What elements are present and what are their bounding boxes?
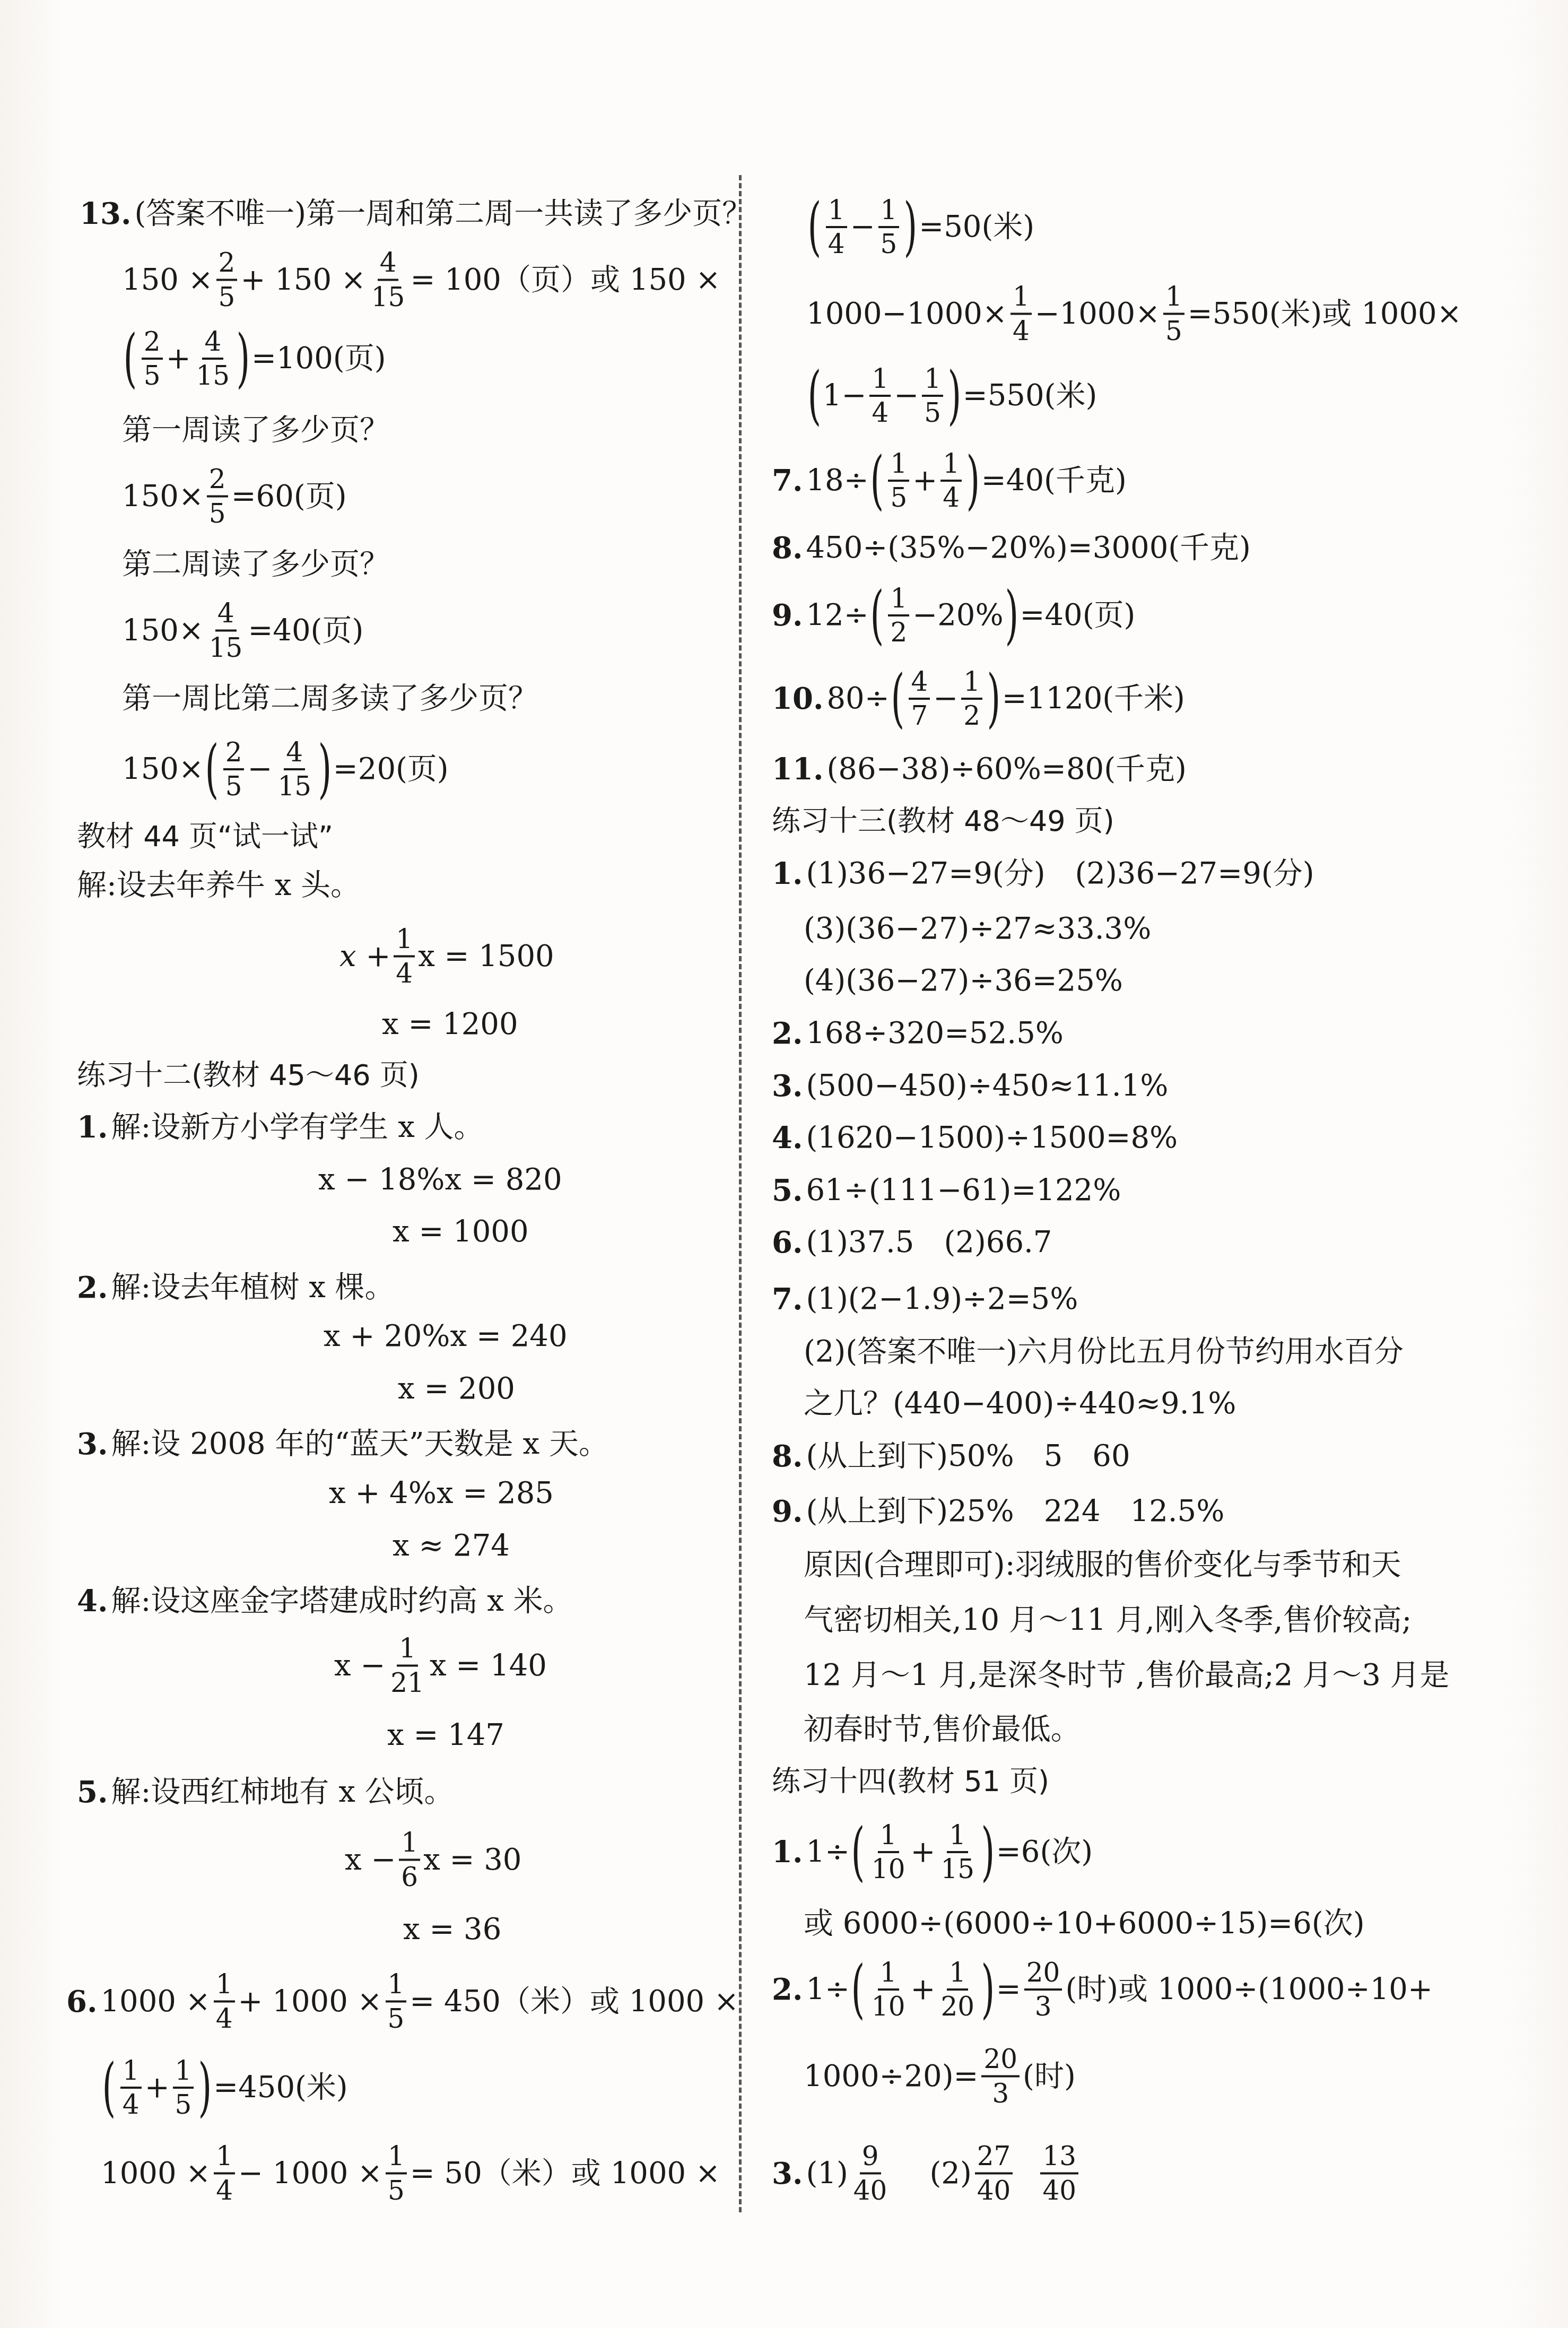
fraction: 415 — [207, 600, 245, 662]
right-paren: ) — [987, 667, 1001, 731]
try-it-setup: 解:设去年养牛 x 头。 — [77, 871, 360, 900]
expr-text: = 100（页）或 150 × — [410, 265, 720, 294]
result-text: x = 147 — [387, 1721, 504, 1750]
expr-text: 80÷ — [826, 684, 889, 714]
ex12-q2-equation: x + 20%x = 240 — [324, 1322, 568, 1351]
expr-text: =40(页) — [248, 615, 363, 645]
ex13-q1-line3: (4)(36−27)÷36=25% — [804, 966, 1123, 996]
operator: − — [894, 381, 919, 411]
equation-text: x + 4%x = 285 — [329, 1479, 554, 1508]
fraction: 12 — [888, 585, 909, 647]
left-paren: ( — [808, 364, 822, 428]
expr-text: 或 6000÷(6000÷10+6000÷15)=6(次) — [804, 1909, 1365, 1939]
expr-text: 1000 × — [101, 2158, 211, 2188]
section-title: 教材 44 页“试一试” — [77, 822, 333, 851]
answer-text: 168÷320=52.5% — [806, 1019, 1064, 1048]
ex14-q2-line1: 2. 1÷ ( 110 + 120 ) = 203 (时)或 1000÷(100… — [772, 1958, 1433, 2021]
answer-text: (500−450)÷450≈11.1% — [806, 1071, 1168, 1101]
ex12-q3-result: x ≈ 274 — [393, 1531, 510, 1561]
fraction: 203 — [981, 2045, 1020, 2107]
ex12-q4-result: x = 147 — [387, 1721, 504, 1750]
expr-text: x − — [334, 1651, 385, 1680]
question-number: 7. — [772, 466, 803, 496]
result-text: x ≈ 274 — [393, 1531, 510, 1561]
ex13-q1-line2: (3)(36−27)÷27≈33.3% — [804, 914, 1151, 944]
right-paren: ) — [947, 364, 961, 428]
question-number: 3. — [772, 1071, 803, 1101]
question-number: 1. — [77, 1113, 108, 1142]
operator: = — [996, 1975, 1021, 2004]
question-number: 2. — [772, 1019, 803, 1048]
question-number: 4. — [77, 1586, 108, 1616]
question-number: 4. — [772, 1123, 803, 1153]
expr-text: 1000÷20)= — [804, 2061, 978, 2091]
ex13-q5: 5.61÷(111−61)=122% — [772, 1176, 1121, 1205]
question-number: 6. — [772, 1228, 803, 1257]
q13-eq3: 150× 25 =60(页) — [122, 465, 347, 527]
ex12-q4-setup: 4. 解:设这座金字塔建成时约高 x 米。 — [77, 1586, 573, 1616]
expr-text: −1000× — [1035, 299, 1160, 328]
fraction: 25 — [223, 739, 245, 801]
expr-text: =550(米)或 1000× — [1188, 299, 1462, 328]
fraction: 415 — [194, 328, 232, 390]
left-paren: ( — [808, 195, 822, 259]
fraction: 15 — [888, 450, 909, 512]
setup-text: 解:设这座金字塔建成时约高 x 米。 — [111, 1586, 572, 1616]
answer-text: (从上到下)50% 5 60 — [806, 1441, 1130, 1471]
expr-text: 450÷(35%−20%)=3000(千克) — [806, 533, 1251, 563]
expr-text: x − — [345, 1845, 396, 1874]
ex13-q9-reason-3: 12 月～1 月,是深冬时节 ,售价最高;2 月～3 月是 — [804, 1661, 1450, 1690]
right-paren: ) — [981, 1958, 995, 2021]
q13-eq5: 150× ( 25 − 415 ) =20(页) — [122, 737, 449, 801]
right-paren: ) — [237, 327, 250, 390]
right-paren: ) — [318, 737, 332, 801]
answer-text: (2)(答案不唯一)六月份比五月份节约用水百分 — [804, 1337, 1404, 1367]
left-paren: ( — [891, 667, 904, 731]
fraction: 940 — [851, 2142, 890, 2204]
result-text: x = 200 — [398, 1374, 515, 1404]
fraction: 14 — [394, 925, 415, 987]
question-number: 7. — [772, 1284, 803, 1314]
expr-text: 1÷ — [806, 1837, 850, 1867]
operator: + — [166, 344, 191, 373]
fraction: 12 — [961, 668, 982, 730]
answer-text: (1)36−27=9(分) (2)36−27=9(分) — [806, 859, 1314, 889]
left-paren: ( — [205, 737, 219, 801]
section-title: 练习十三(教材 48～49 页) — [772, 807, 1114, 836]
expr-text: = 50（米）或 1000 × — [410, 2158, 720, 2188]
fraction: 25 — [207, 465, 228, 527]
q13-eq2: ( 25 + 415 ) =100(页) — [122, 327, 386, 390]
q6-cont-line5: 1000−1000× 14 −1000× 15 =550(米)或 1000× — [806, 283, 1462, 345]
question-number: 9. — [772, 601, 803, 630]
expr-text: + 150 × — [240, 265, 365, 294]
expr-text: =450(米) — [213, 2073, 348, 2103]
question-number: 9. — [772, 1497, 803, 1526]
question-number: 8. — [772, 533, 803, 563]
q13-question: 13. (答案不唯一)第一周和第二周一共读了多少页？ — [80, 199, 752, 229]
q11: 11. (86−38)÷60%=80(千克) — [772, 754, 1187, 784]
answer-text: (1)(2−1.9)÷2=5% — [806, 1284, 1078, 1314]
expr-text: 150× — [122, 615, 204, 645]
question-text: (答案不唯一)第一周和第二周一共读了多少页？ — [134, 199, 752, 229]
fraction: 25 — [216, 249, 238, 311]
q13-eq1: 150 × 25 + 150 × 415 = 100（页）或 150 × — [122, 249, 720, 311]
expr-text: 150 × — [122, 265, 213, 294]
fraction: 14 — [1011, 283, 1032, 345]
ex14-q1: 1. 1÷ ( 110 + 115 ) =6(次) — [772, 1820, 1093, 1884]
ex14-q1-alt: 或 6000÷(6000÷10+6000÷15)=6(次) — [804, 1909, 1365, 1939]
fraction: 115 — [938, 1821, 977, 1883]
expr-text: (时) — [1023, 2061, 1076, 2091]
question-number: 11. — [772, 754, 823, 784]
answer-text: (4)(36−27)÷36=25% — [804, 966, 1123, 996]
q10: 10. 80÷ ( 47 − 12 ) =1120(千米) — [772, 667, 1185, 731]
expr-text: 1÷ — [806, 1975, 850, 2004]
expr-text: =6(次) — [996, 1837, 1093, 1867]
section-header-ex13: 练习十三(教材 48～49 页) — [772, 807, 1114, 836]
column-divider — [739, 175, 742, 2212]
part-label: (1) — [806, 2158, 848, 2188]
q8: 8. 450÷(35%−20%)=3000(千克) — [772, 533, 1251, 563]
ex13-q7-line2: (2)(答案不唯一)六月份比五月份节约用水百分 — [804, 1337, 1404, 1367]
reason-text: 初春时节,售价最低。 — [804, 1715, 1081, 1744]
right-paren: ) — [966, 449, 980, 512]
left-paren: ( — [124, 327, 137, 390]
equation-text: x − 18%x = 820 — [318, 1165, 562, 1195]
left-paren: ( — [870, 449, 884, 512]
right-paren: ) — [198, 2056, 212, 2119]
fraction: 203 — [1024, 1959, 1062, 2021]
operator: + — [910, 1975, 935, 2004]
setup-text: 解:设去年植树 x 棵。 — [111, 1273, 394, 1302]
expr-text: 150× — [122, 754, 204, 784]
ex13-q3: 3.(500−450)÷450≈11.1% — [772, 1071, 1169, 1101]
expr-text: x = 140 — [430, 1651, 547, 1680]
ex12-q3-equation: x + 4%x = 285 — [329, 1479, 554, 1508]
left-paren: ( — [870, 584, 884, 647]
fraction: 2740 — [975, 2142, 1013, 2204]
expr-text: 18÷ — [806, 466, 868, 496]
ex12-q3-setup: 3. 解:设 2008 年的“蓝天”天数是 x 天。 — [77, 1429, 608, 1459]
q13-sub-question-2: 第二周读了多少页？ — [122, 550, 389, 579]
ex13-q6: 6.(1)37.5 (2)66.7 — [772, 1228, 1052, 1257]
question-number: 10. — [772, 684, 823, 714]
expr-text: −20% — [912, 601, 1003, 630]
reason-text: 原因(合理即可):羽绒服的售价变化与季节和天 — [804, 1550, 1401, 1580]
fraction: 15 — [1163, 283, 1184, 345]
expr-text: 1− — [823, 381, 867, 411]
result-text: x = 1000 — [393, 1217, 529, 1247]
left-paren: ( — [102, 2056, 116, 2119]
expr-text: x + — [339, 941, 390, 971]
q13-sub-question-1: 第一周读了多少页？ — [122, 415, 389, 445]
ex12-q2-setup: 2. 解:设去年植树 x 棵。 — [77, 1273, 395, 1302]
section-header-try-it: 教材 44 页“试一试” — [77, 822, 333, 851]
question-number: 13. — [80, 199, 131, 229]
expr-text: + 1000 × — [238, 1986, 382, 2016]
expr-text: − 1000 × — [238, 2158, 382, 2188]
section-title: 练习十四(教材 51 页) — [772, 1767, 1049, 1796]
fraction: 47 — [909, 668, 930, 730]
fraction: 25 — [142, 328, 163, 390]
expr-text: =60(页) — [231, 481, 347, 511]
question-number: 5. — [772, 1176, 803, 1205]
answer-text: (1620−1500)÷1500=8% — [806, 1123, 1178, 1153]
fraction: 121 — [388, 1635, 426, 1697]
question-number: 2. — [77, 1273, 108, 1302]
ex12-q6-line2: ( 14 + 15 ) =450(米) — [101, 2056, 348, 2119]
result-text: x = 36 — [403, 1915, 501, 1944]
expr-text: 12÷ — [806, 601, 868, 630]
fraction: 14 — [214, 1970, 235, 2032]
section-header-ex12: 练习十二(教材 45～46 页) — [77, 1061, 420, 1090]
ex13-q2: 2.168÷320=52.5% — [772, 1019, 1064, 1048]
fraction: 14 — [869, 365, 891, 427]
operator: − — [850, 212, 875, 242]
ex13-q9-reason-1: 原因(合理即可):羽绒服的售价变化与季节和天 — [804, 1550, 1401, 1580]
section-title: 练习十二(教材 45～46 页) — [77, 1061, 420, 1090]
expr-text: =100(页) — [251, 344, 386, 373]
expr-text: =40(千克) — [981, 466, 1127, 496]
ex14-q2-line2: 1000÷20)= 203 (时) — [804, 2045, 1076, 2107]
ex13-q8: 8.(从上到下)50% 5 60 — [772, 1441, 1130, 1471]
fraction: 15 — [173, 2057, 194, 2119]
question-text: 第一周比第二周多读了多少页？ — [122, 684, 538, 714]
fraction: 110 — [869, 1959, 908, 2021]
question-number: 3. — [772, 2158, 803, 2188]
q7: 7. 18÷ ( 15 + 14 ) =40(千克) — [772, 449, 1127, 512]
expr-text: 1000−1000× — [806, 299, 1007, 328]
ex12-q1-equation: x − 18%x = 820 — [318, 1165, 562, 1195]
question-number: 3. — [77, 1429, 108, 1459]
ex12-q6-line3: 1000 × 14 − 1000 × 15 = 50（米）或 1000 × — [101, 2142, 720, 2204]
fraction: 15 — [878, 196, 900, 258]
fraction: 15 — [386, 1970, 407, 2032]
question-number: 5. — [77, 1777, 108, 1807]
expr-text: =1120(千米) — [1002, 684, 1185, 714]
setup-text: 解:设西红柿地有 x 公顷。 — [111, 1777, 454, 1807]
setup-text: 解:设 2008 年的“蓝天”天数是 x 天。 — [111, 1429, 608, 1459]
ex12-q1-setup: 1. 解:设新方小学有学生 x 人。 — [77, 1113, 484, 1142]
ex12-q2-result: x = 200 — [398, 1374, 515, 1404]
setup-text: 解:设新方小学有学生 x 人。 — [111, 1113, 483, 1142]
reason-text: 12 月～1 月,是深冬时节 ,售价最高;2 月～3 月是 — [804, 1661, 1450, 1690]
expr-text: 150× — [122, 481, 204, 511]
q9: 9. 12÷ ( 12 −20% ) =40(页) — [772, 584, 1135, 647]
fraction: 14 — [826, 196, 847, 258]
equation-text: x + 20%x = 240 — [324, 1322, 568, 1351]
answer-text: 之几？(440−400)÷440≈9.1% — [804, 1389, 1236, 1419]
answer-text: (3)(36−27)÷27≈33.3% — [804, 914, 1151, 944]
q13-sub-question-3: 第一周比第二周多读了多少页？ — [122, 684, 538, 714]
expr-text: (86−38)÷60%=80(千克) — [826, 754, 1186, 784]
answer-text: 61÷(111−61)=122% — [806, 1176, 1121, 1205]
operator: − — [247, 754, 272, 784]
ex13-q4: 4.(1620−1500)÷1500=8% — [772, 1123, 1178, 1153]
setup-text: 解:设去年养牛 x 头。 — [77, 871, 360, 900]
fraction: 15 — [386, 2142, 407, 2204]
try-it-result: x = 1200 — [382, 1010, 518, 1039]
result-text: x = 1200 — [382, 1010, 518, 1039]
fraction: 14 — [214, 2142, 235, 2204]
q13-eq4: 150× 415 =40(页) — [122, 600, 363, 662]
ex13-q9: 9.(从上到下)25% 224 12.5% — [772, 1497, 1224, 1526]
right-paren: ) — [904, 195, 918, 259]
part-label: (2) — [929, 2158, 971, 2188]
q6-cont-line6: ( 1− 14 − 15 ) =550(米) — [806, 364, 1097, 428]
expr-text: =50(米) — [919, 212, 1034, 242]
expr-text: x = 30 — [423, 1845, 521, 1874]
fraction: 415 — [369, 249, 407, 311]
ex12-q5-result: x = 36 — [403, 1915, 501, 1944]
question-text: 第二周读了多少页？ — [122, 550, 389, 579]
expr-text: x = 1500 — [418, 941, 554, 971]
ex12-q5-setup: 5. 解:设西红柿地有 x 公顷。 — [77, 1777, 454, 1807]
ex12-q6-line1: 6. 1000 × 14 + 1000 × 15 = 450（米）或 1000 … — [66, 1970, 739, 2032]
left-paren: ( — [851, 1820, 865, 1884]
expr-text: =40(页) — [1020, 601, 1136, 630]
right-paren: ) — [981, 1820, 995, 1884]
fraction: 1340 — [1040, 2142, 1078, 2204]
try-it-equation: x + 14 x = 1500 — [339, 925, 554, 987]
expr-text: = 450（米）或 1000 × — [410, 1986, 739, 2016]
fraction: 14 — [940, 450, 962, 512]
expr-text: (时)或 1000÷(1000÷10+ — [1065, 1975, 1432, 2004]
operator: + — [912, 466, 937, 496]
ex13-q9-reason-2: 气密切相关,10 月～11 月,刚入冬季,售价较高; — [804, 1605, 1412, 1635]
question-number: 2. — [772, 1975, 803, 2004]
right-paren: ) — [1005, 584, 1018, 647]
fraction: 415 — [275, 739, 313, 801]
expr-text: 1000 × — [100, 1986, 210, 2016]
question-number: 6. — [66, 1986, 97, 2016]
question-number: 8. — [772, 1441, 803, 1471]
fraction: 120 — [938, 1959, 977, 2021]
ex12-q4-equation: x − 121 x = 140 — [334, 1635, 547, 1697]
fraction: 15 — [922, 365, 943, 427]
ex12-q1-result: x = 1000 — [393, 1217, 529, 1247]
fraction: 14 — [120, 2057, 142, 2119]
ex13-q1-line1: 1. (1)36−27=9(分) (2)36−27=9(分) — [772, 859, 1314, 889]
operator: + — [145, 2073, 170, 2103]
question-text: 第一周读了多少页？ — [122, 415, 389, 445]
ex13-q9-reason-4: 初春时节,售价最低。 — [804, 1715, 1081, 1744]
section-header-ex14: 练习十四(教材 51 页) — [772, 1767, 1049, 1796]
question-number: 1. — [772, 859, 803, 889]
left-paren: ( — [851, 1958, 865, 2021]
expr-text: =20(页) — [333, 754, 449, 784]
operator: − — [933, 684, 958, 714]
question-number: 1. — [772, 1837, 803, 1867]
operator: + — [910, 1837, 935, 1867]
ex14-q3: 3. (1) 940 (2) 2740 1340 — [772, 2142, 1082, 2204]
expr-text: =550(米) — [963, 381, 1097, 411]
answer-text: (从上到下)25% 224 12.5% — [806, 1497, 1224, 1526]
fraction: 16 — [399, 1829, 420, 1891]
q6-cont-line4: ( 14 − 15 ) =50(米) — [806, 195, 1034, 259]
fraction: 110 — [869, 1821, 908, 1883]
ex12-q5-equation: x − 16 x = 30 — [345, 1829, 522, 1891]
reason-text: 气密切相关,10 月～11 月,刚入冬季,售价较高; — [804, 1605, 1412, 1635]
answer-text: (1)37.5 (2)66.7 — [806, 1228, 1052, 1257]
ex13-q7-line1: 7.(1)(2−1.9)÷2=5% — [772, 1284, 1078, 1314]
ex13-q7-line3: 之几？(440−400)÷440≈9.1% — [804, 1389, 1236, 1419]
